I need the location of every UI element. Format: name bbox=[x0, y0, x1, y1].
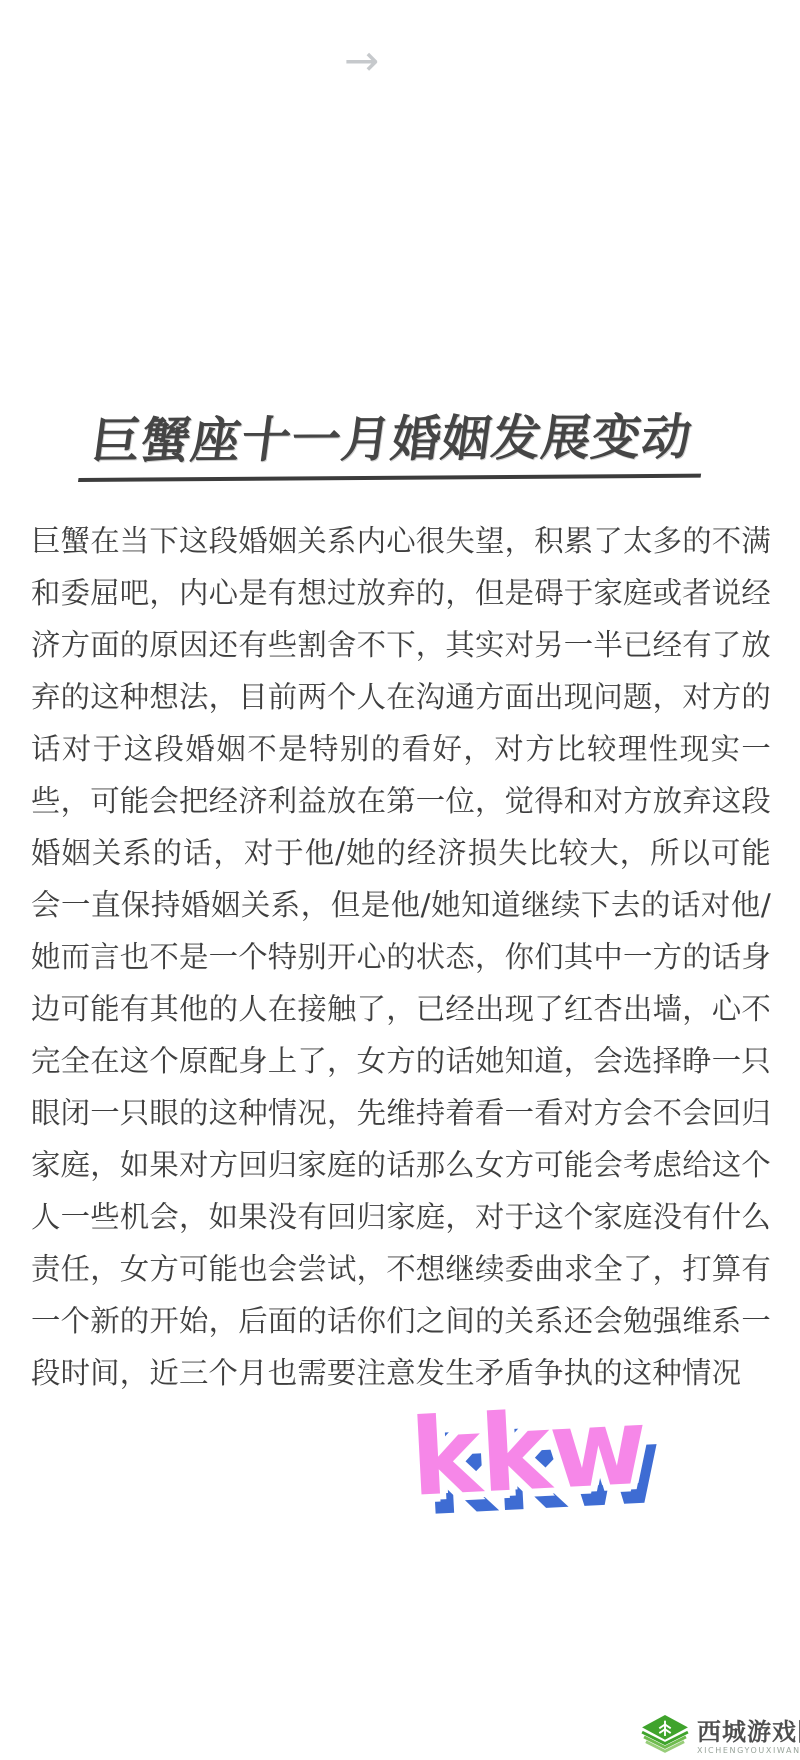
wheat-diamond-icon bbox=[636, 1714, 694, 1760]
site-watermark: 西城游戏网 XICHENGYOUXIWANG bbox=[636, 1714, 800, 1760]
kkw-logo-text: kkw bbox=[408, 1394, 649, 1512]
site-name: 西城游戏网 bbox=[697, 1719, 800, 1745]
article-page: → 巨蟹座十一月婚姻发展变动 巨蟹在当下这段婚姻关系内心很失望，积累了太多的不满… bbox=[0, 0, 800, 1760]
article-body: 巨蟹在当下这段婚姻关系内心很失望，积累了太多的不满和委屈吧，内心是有想过放弃的，… bbox=[31, 515, 771, 1399]
kkw-logo: kkw kkw bbox=[408, 1390, 716, 1565]
site-pinyin: XICHENGYOUXIWANG bbox=[697, 1746, 800, 1755]
forward-arrow-icon[interactable]: → bbox=[344, 40, 379, 82]
article-title: 巨蟹座十一月婚姻发展变动 bbox=[78, 412, 709, 482]
